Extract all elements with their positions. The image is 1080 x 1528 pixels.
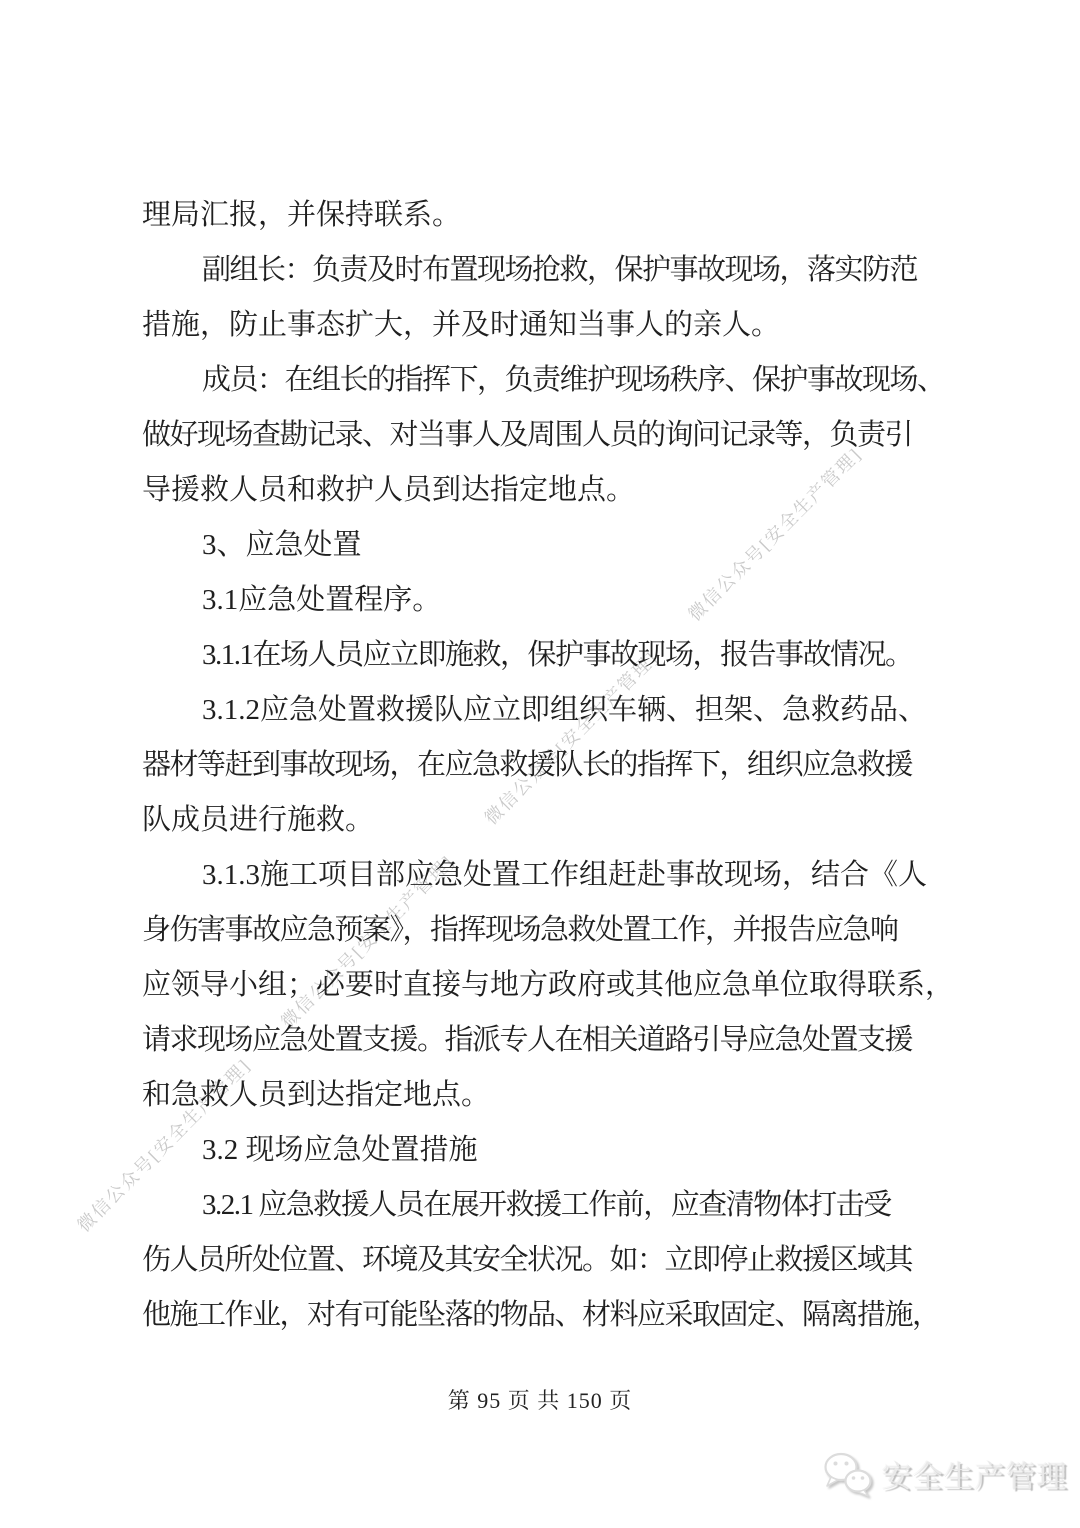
text-line: 和急救人员到达指定地点。 bbox=[142, 1068, 948, 1123]
text-line: 成员：在组长的指挥下，负责维护现场秩序、保护事故现场、 bbox=[142, 353, 948, 408]
text-line: 3.2.1 应急救援人员在展开救援工作前，应查清物体打击受 bbox=[142, 1178, 948, 1233]
text-line: 导援救人员和救护人员到达指定地点。 bbox=[142, 463, 948, 518]
section-heading: 3、应急处置 bbox=[142, 518, 948, 573]
text-line: 3.1.2应急处置救援队应立即组织车辆、担架、急救药品、 bbox=[142, 683, 948, 738]
text-line: 3.1.3施工项目部应急处置工作组赶赴事故现场，结合《人 bbox=[142, 848, 948, 903]
document-page: { "doc": { "lines": [ {"text": "理局汇报，并保持… bbox=[0, 0, 1080, 1528]
wechat-icon bbox=[820, 1450, 876, 1498]
text-line: 请求现场应急处置支援。指派专人在相关道路引导应急处置支援 bbox=[142, 1013, 948, 1068]
text-line: 伤人员所处位置、环境及其安全状况。如：立即停止救援区域其 bbox=[142, 1233, 948, 1288]
text-line: 器材等赶到事故现场，在应急救援队长的指挥下，组织应急救援 bbox=[142, 738, 948, 793]
text-line: 措施，防止事态扩大，并及时通知当事人的亲人。 bbox=[142, 298, 948, 353]
brand-name: 安全生产管理 bbox=[882, 1452, 1068, 1496]
text-line: 副组长：负责及时布置现场抢救，保护事故现场，落实防范 bbox=[142, 243, 948, 298]
page-number: 第 95 页 共 150 页 bbox=[0, 1384, 1080, 1415]
text-line: 他施工作业，对有可能坠落的物品、材料应采取固定、隔离措施， bbox=[142, 1288, 948, 1343]
text-line: 理局汇报，并保持联系。 bbox=[142, 188, 948, 243]
text-line: 3.1.1在场人员应立即施救，保护事故现场，报告事故情况。 bbox=[142, 628, 948, 683]
text-line: 身伤害事故应急预案》，指挥现场急救处置工作，并报告应急响 bbox=[142, 903, 948, 958]
section-heading: 3.1应急处置程序。 bbox=[142, 573, 948, 628]
section-heading: 3.2 现场应急处置措施 bbox=[142, 1123, 948, 1178]
text-line: 应领导小组；必要时直接与地方政府或其他应急单位取得联系， bbox=[142, 958, 948, 1013]
text-line: 队成员进行施救。 bbox=[142, 793, 948, 848]
document-body: 理局汇报，并保持联系。 副组长：负责及时布置现场抢救，保护事故现场，落实防范 措… bbox=[142, 188, 948, 1343]
brand-watermark: 安全生产管理 bbox=[820, 1450, 1068, 1498]
text-line: 做好现场查勘记录、对当事人及周围人员的询问记录等，负责引 bbox=[142, 408, 948, 463]
